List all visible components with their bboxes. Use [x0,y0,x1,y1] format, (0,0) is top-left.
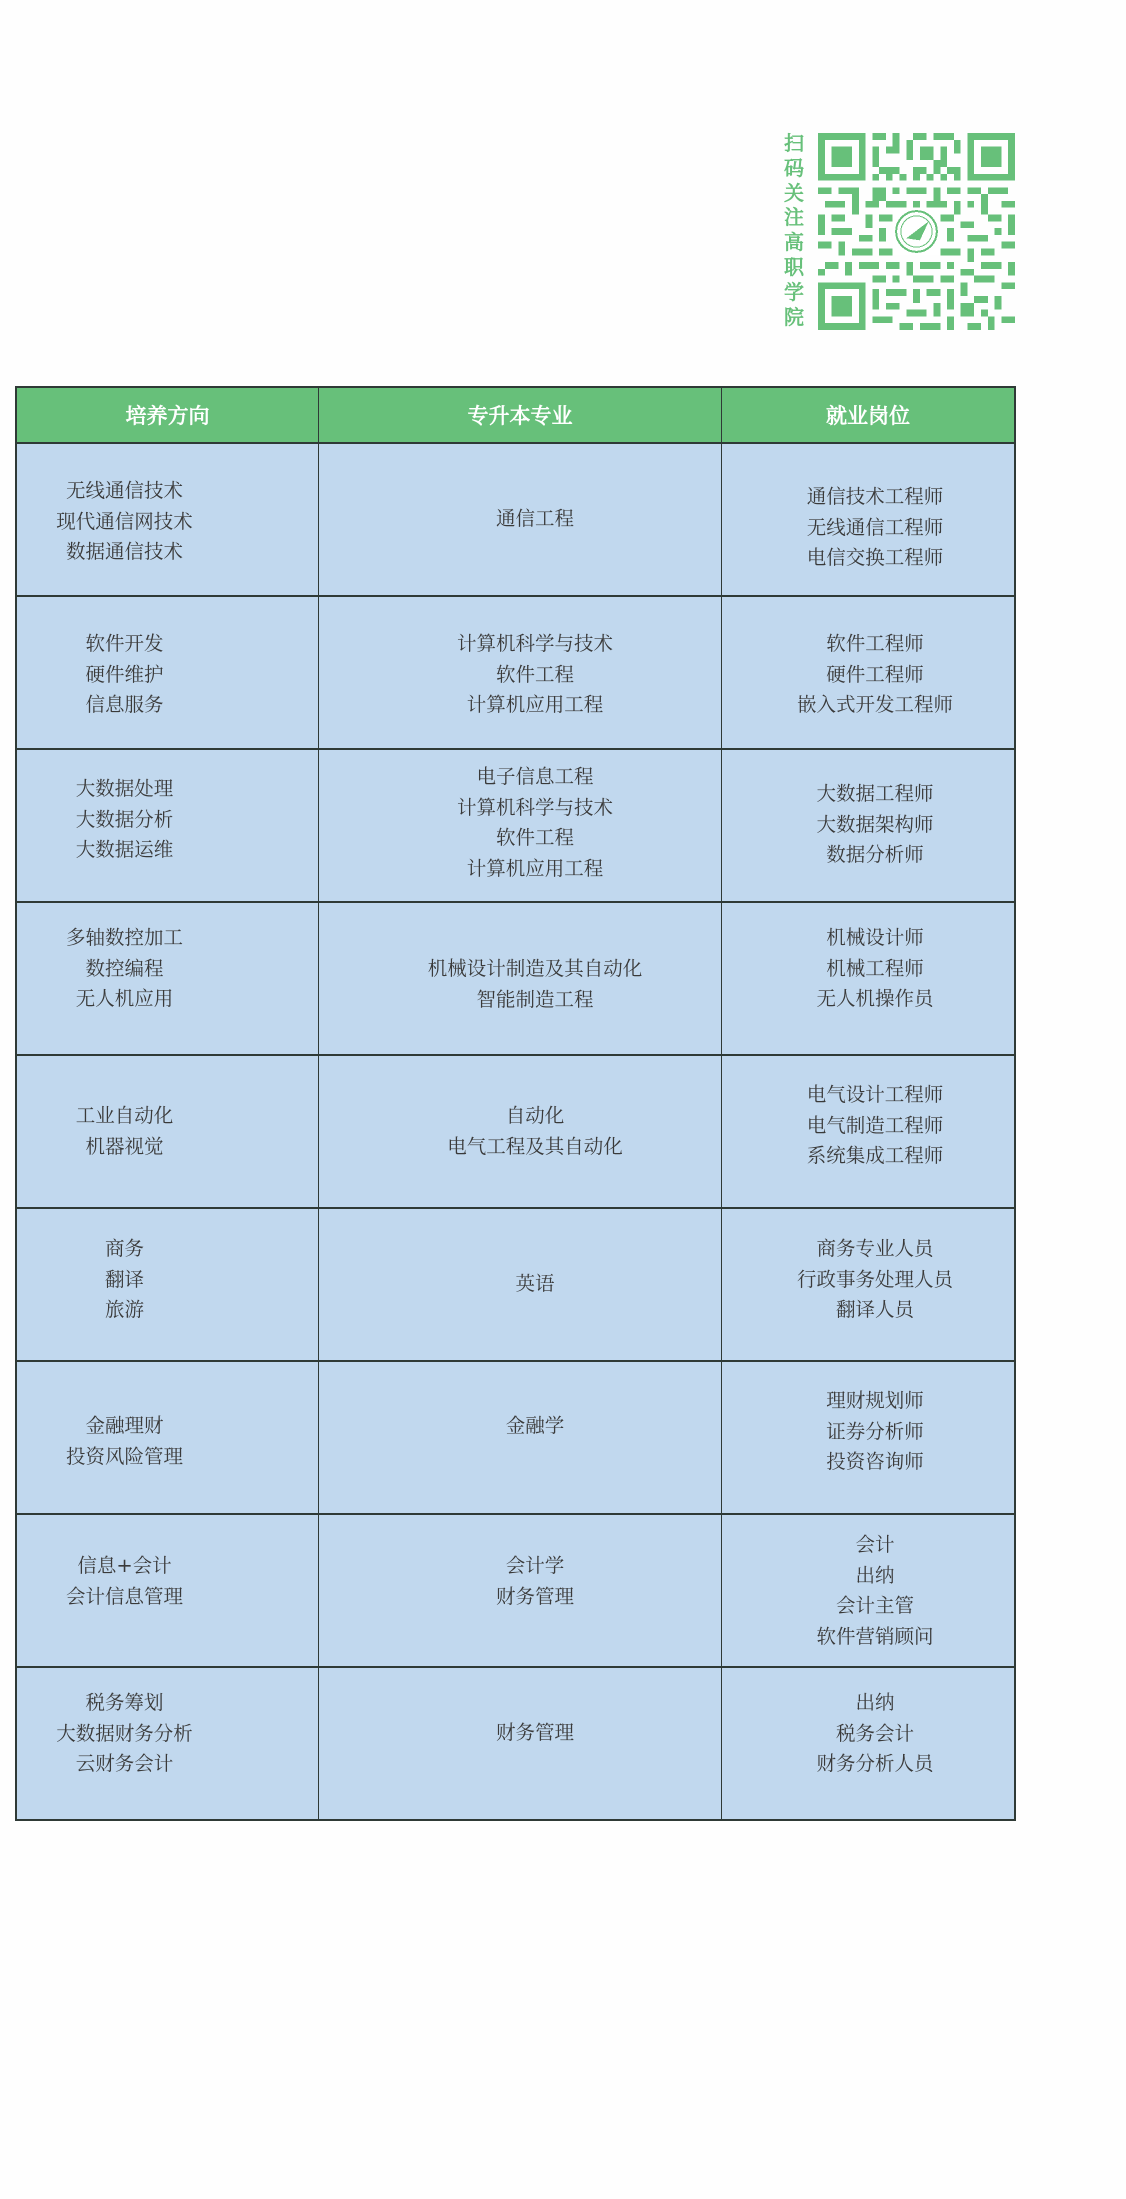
header-major: 专升本专业 [319,388,722,442]
table-row: 税务筹划大数据财务分析云财务会计财务管理出纳税务会计财务分析人员 [17,1668,1014,1819]
qr-caption: 扫 码 关 注 高 职 学 院 [781,131,807,329]
jobs-cell: 机械设计师机械工程师无人机操作员 [722,903,1014,1054]
qr-caption-char: 高 [784,230,804,255]
qr-caption-char: 院 [784,305,804,330]
cell-line: 信息+会计 [77,1551,171,1582]
major-cell: 英语 [319,1209,722,1360]
jobs-cell: 理财规划师证券分析师投资咨询师 [722,1362,1014,1513]
cell-line: 无线通信工程师 [807,513,944,544]
major-cell: 通信工程 [319,444,722,595]
direction-cell: 金融理财投资风险管理 [17,1362,319,1513]
cell-line: 会计信息管理 [66,1582,183,1613]
table-row: 大数据处理大数据分析大数据运维电子信息工程计算机科学与技术软件工程计算机应用工程… [17,750,1014,903]
direction-cell: 信息+会计会计信息管理 [17,1515,319,1666]
cell-line: 电气制造工程师 [807,1111,944,1142]
cell-line: 机械设计制造及其自动化 [428,954,643,985]
cell-line: 电气设计工程师 [807,1080,944,1111]
cell-line: 多轴数控加工 [66,923,183,954]
cell-line: 大数据分析 [76,805,174,836]
qr-caption-char: 职 [784,255,804,280]
cell-line: 出纳 [855,1561,894,1592]
cell-line: 软件工程 [496,660,574,691]
cell-line: 计算机应用工程 [467,690,604,721]
qr-caption-char: 注 [784,205,804,230]
cell-line: 投资咨询师 [826,1447,924,1478]
cell-line: 电气工程及其自动化 [447,1132,623,1163]
major-cell: 机械设计制造及其自动化智能制造工程 [319,903,722,1054]
cell-line: 软件工程师 [826,629,924,660]
cell-line: 财务管理 [496,1718,574,1749]
cell-line: 机械工程师 [826,954,924,985]
cell-line: 翻译 [105,1265,144,1296]
header-direction: 培养方向 [17,388,319,442]
direction-cell: 无线通信技术现代通信网技术数据通信技术 [17,444,319,595]
major-cell: 财务管理 [319,1668,722,1819]
cell-line: 工业自动化 [76,1101,174,1132]
cell-line: 大数据处理 [76,774,174,805]
cell-line: 商务 [105,1234,144,1265]
cell-line: 会计 [855,1530,894,1561]
table-row: 工业自动化机器视觉自动化电气工程及其自动化电气设计工程师电气制造工程师系统集成工… [17,1056,1014,1209]
jobs-cell: 会计出纳会计主管软件营销顾问 [722,1515,1014,1666]
cell-line: 电子信息工程 [476,762,593,793]
cell-line: 证券分析师 [826,1417,924,1448]
cell-line: 计算机科学与技术 [457,629,613,660]
cell-line: 商务专业人员 [816,1234,933,1265]
cell-line: 税务筹划 [85,1688,163,1719]
cell-line: 会计主管 [836,1591,914,1622]
major-cell: 自动化电气工程及其自动化 [319,1056,722,1207]
cell-line: 云财务会计 [76,1749,174,1780]
cell-line: 大数据工程师 [816,779,933,810]
cell-line: 旅游 [105,1295,144,1326]
cell-line: 自动化 [506,1101,565,1132]
cell-line: 通信工程 [496,504,574,535]
cell-line: 无人机操作员 [816,984,933,1015]
jobs-cell: 通信技术工程师无线通信工程师电信交换工程师 [722,444,1014,595]
cell-line: 软件营销顾问 [816,1622,933,1653]
table-row: 软件开发硬件维护信息服务计算机科学与技术软件工程计算机应用工程软件工程师硬件工程… [17,597,1014,750]
table-row: 信息+会计会计信息管理会计学财务管理会计出纳会计主管软件营销顾问 [17,1515,1014,1668]
cell-line: 金融学 [506,1411,565,1442]
major-cell: 金融学 [319,1362,722,1513]
direction-cell: 工业自动化机器视觉 [17,1056,319,1207]
header-jobs: 就业岗位 [722,388,1014,442]
qr-caption-char: 关 [784,181,804,206]
cell-line: 数控编程 [85,954,163,985]
cell-line: 行政事务处理人员 [797,1265,953,1296]
cell-line: 无线通信技术 [66,476,183,507]
major-table: 培养方向 专升本专业 就业岗位 无线通信技术现代通信网技术数据通信技术通信工程通… [15,386,1016,1821]
qr-code-icon[interactable] [818,133,1015,330]
table-row: 多轴数控加工数控编程无人机应用机械设计制造及其自动化智能制造工程机械设计师机械工… [17,903,1014,1056]
cell-line: 通信技术工程师 [807,482,944,513]
cell-line: 硬件维护 [85,660,163,691]
major-cell: 会计学财务管理 [319,1515,722,1666]
cell-line: 计算机应用工程 [467,854,604,885]
cell-line: 会计学 [506,1551,565,1582]
jobs-cell: 商务专业人员行政事务处理人员翻译人员 [722,1209,1014,1360]
cell-line: 大数据架构师 [816,810,933,841]
jobs-cell: 出纳税务会计财务分析人员 [722,1668,1014,1819]
cell-line: 软件工程 [496,823,574,854]
cell-line: 数据通信技术 [66,537,183,568]
major-cell: 计算机科学与技术软件工程计算机应用工程 [319,597,722,748]
qr-caption-char: 码 [784,156,804,181]
cell-line: 系统集成工程师 [807,1141,944,1172]
direction-cell: 商务翻译旅游 [17,1209,319,1360]
direction-cell: 多轴数控加工数控编程无人机应用 [17,903,319,1054]
major-cell: 电子信息工程计算机科学与技术软件工程计算机应用工程 [319,750,722,901]
cell-line: 大数据财务分析 [56,1719,193,1750]
cell-line: 电信交换工程师 [807,543,944,574]
qr-caption-char: 学 [784,280,804,305]
cell-line: 现代通信网技术 [56,507,193,538]
cell-line: 软件开发 [85,629,163,660]
jobs-cell: 软件工程师硬件工程师嵌入式开发工程师 [722,597,1014,748]
cell-line: 计算机科学与技术 [457,793,613,824]
cell-line: 税务会计 [836,1719,914,1750]
cell-line: 理财规划师 [826,1386,924,1417]
cell-line: 信息服务 [85,690,163,721]
cell-line: 出纳 [855,1688,894,1719]
cell-line: 大数据运维 [76,835,174,866]
cell-line: 投资风险管理 [66,1442,183,1473]
cell-line: 无人机应用 [76,984,174,1015]
qr-caption-char: 扫 [784,131,804,156]
cell-line: 嵌入式开发工程师 [797,690,953,721]
direction-cell: 软件开发硬件维护信息服务 [17,597,319,748]
cell-line: 机器视觉 [85,1132,163,1163]
table-row: 商务翻译旅游英语商务专业人员行政事务处理人员翻译人员 [17,1209,1014,1362]
table-row: 无线通信技术现代通信网技术数据通信技术通信工程通信技术工程师无线通信工程师电信交… [17,444,1014,597]
direction-cell: 大数据处理大数据分析大数据运维 [17,750,319,901]
cell-line: 硬件工程师 [826,660,924,691]
table-header: 培养方向 专升本专业 就业岗位 [17,388,1014,444]
jobs-cell: 电气设计工程师电气制造工程师系统集成工程师 [722,1056,1014,1207]
cell-line: 智能制造工程 [476,985,593,1016]
direction-cell: 税务筹划大数据财务分析云财务会计 [17,1668,319,1819]
cell-line: 数据分析师 [826,840,924,871]
cell-line: 金融理财 [85,1411,163,1442]
cell-line: 财务管理 [496,1582,574,1613]
cell-line: 翻译人员 [836,1295,914,1326]
jobs-cell: 大数据工程师大数据架构师数据分析师 [722,750,1014,901]
cell-line: 英语 [515,1269,554,1300]
table-row: 金融理财投资风险管理金融学理财规划师证券分析师投资咨询师 [17,1362,1014,1515]
cell-line: 机械设计师 [826,923,924,954]
cell-line: 财务分析人员 [816,1749,933,1780]
